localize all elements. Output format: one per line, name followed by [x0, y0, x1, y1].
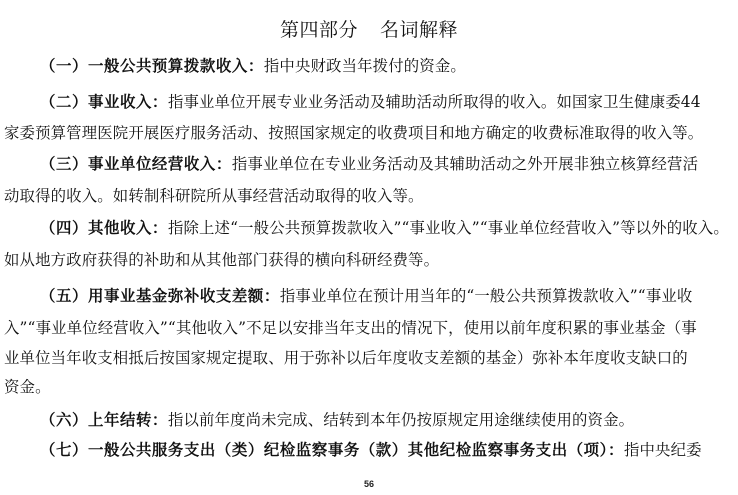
definition-line-5: 动取得的收入。如转制科研院所从事经营活动取得的收入等。: [4, 186, 736, 206]
definition-line-9: 入”“事业单位经营收入”“其他收入”不足以安排当年支出的情况下，使用以前年度积累…: [4, 318, 736, 338]
definition-line-10: 业单位当年收支相抵后按国家规定提取、用于弥补以后年度收支差额的基金）弥补本年度收…: [4, 348, 736, 368]
title-part: 第四部分: [280, 19, 358, 41]
definition-line-2: （二）事业收入：指事业单位开展专业业务活动及辅助活动所取得的收入。如国家卫生健康…: [40, 92, 736, 112]
definition-line-4: （三）事业单位经营收入：指事业单位在专业业务活动及其辅助活动之外开展非独立核算经…: [40, 154, 736, 174]
title-name: 名词解释: [380, 19, 458, 41]
definition-line-13: （七）一般公共服务支出（类）纪检监察事务（款）其他纪检监察事务支出（项）：指中央…: [40, 440, 736, 460]
definition: 业单位当年收支相抵后按国家规定提取、用于弥补以后年度收支差额的基金）弥补本年度收…: [4, 349, 688, 367]
definition-line-1: （一）一般公共预算拨款收入：指中央财政当年拨付的资金。: [40, 56, 736, 76]
definition-line-8: （五）用事业基金弥补收支差额：指事业单位在预计用当年的“一般公共预算拨款收入”“…: [40, 286, 736, 306]
definition-line-12: （六）上年结转：指以前年度尚未完成、结转到本年仍按原规定用途继续使用的资金。: [40, 410, 736, 430]
definition-line-6: （四）其他收入：指除上述“一般公共预算拨款收入”“事业收入”“事业单位经营收入”…: [40, 218, 736, 238]
definition: 指事业单位在预计用当年的“一般公共预算拨款收入”“事业收: [280, 287, 693, 305]
term: （四）其他收入：: [40, 219, 168, 237]
term: （二）事业收入：: [40, 93, 168, 111]
definition: 指中央财政当年拨付的资金。: [264, 57, 466, 75]
definition: 动取得的收入。如转制科研院所从事经营活动取得的收入等。: [4, 187, 424, 205]
definition: 指除上述“一般公共预算拨款收入”“事业收入”“事业单位经营收入”等以外的收入。: [168, 219, 729, 237]
page-title: 第四部分名词解释: [0, 15, 738, 42]
definition: 指事业单位在专业业务活动及其辅助活动之外开展非独立核算经营活: [232, 155, 698, 173]
definition-line-7: 如从地方政府获得的补助和从其他部门获得的横向科研经费等。: [4, 250, 736, 270]
definition: 指中央纪委: [624, 441, 702, 459]
definition: 指以前年度尚未完成、结转到本年仍按原规定用途继续使用的资金。: [168, 411, 634, 429]
term: （七）一般公共服务支出（类）纪检监察事务（款）其他纪检监察事务支出（项）：: [40, 441, 624, 459]
definition: 资金。: [4, 378, 51, 396]
definition: 家委预算管理医院开展医疗服务活动、按照国家规定的收费项目和地方确定的收费标准取得…: [4, 124, 703, 142]
term: （六）上年结转：: [40, 411, 168, 429]
term: （五）用事业基金弥补收支差额：: [40, 287, 280, 305]
definition: 入”“事业单位经营收入”“其他收入”不足以安排当年支出的情况下，使用以前年度积累…: [4, 319, 697, 337]
page-number: 56: [0, 479, 738, 489]
term: （三）事业单位经营收入：: [40, 155, 232, 173]
definition: 指事业单位开展专业业务活动及辅助活动所取得的收入。如国家卫生健康委44: [168, 93, 701, 111]
definition-line-11: 资金。: [4, 377, 736, 397]
definition-line-3: 家委预算管理医院开展医疗服务活动、按照国家规定的收费项目和地方确定的收费标准取得…: [4, 123, 736, 143]
definition: 如从地方政府获得的补助和从其他部门获得的横向科研经费等。: [4, 251, 439, 269]
term: （一）一般公共预算拨款收入：: [40, 57, 264, 75]
